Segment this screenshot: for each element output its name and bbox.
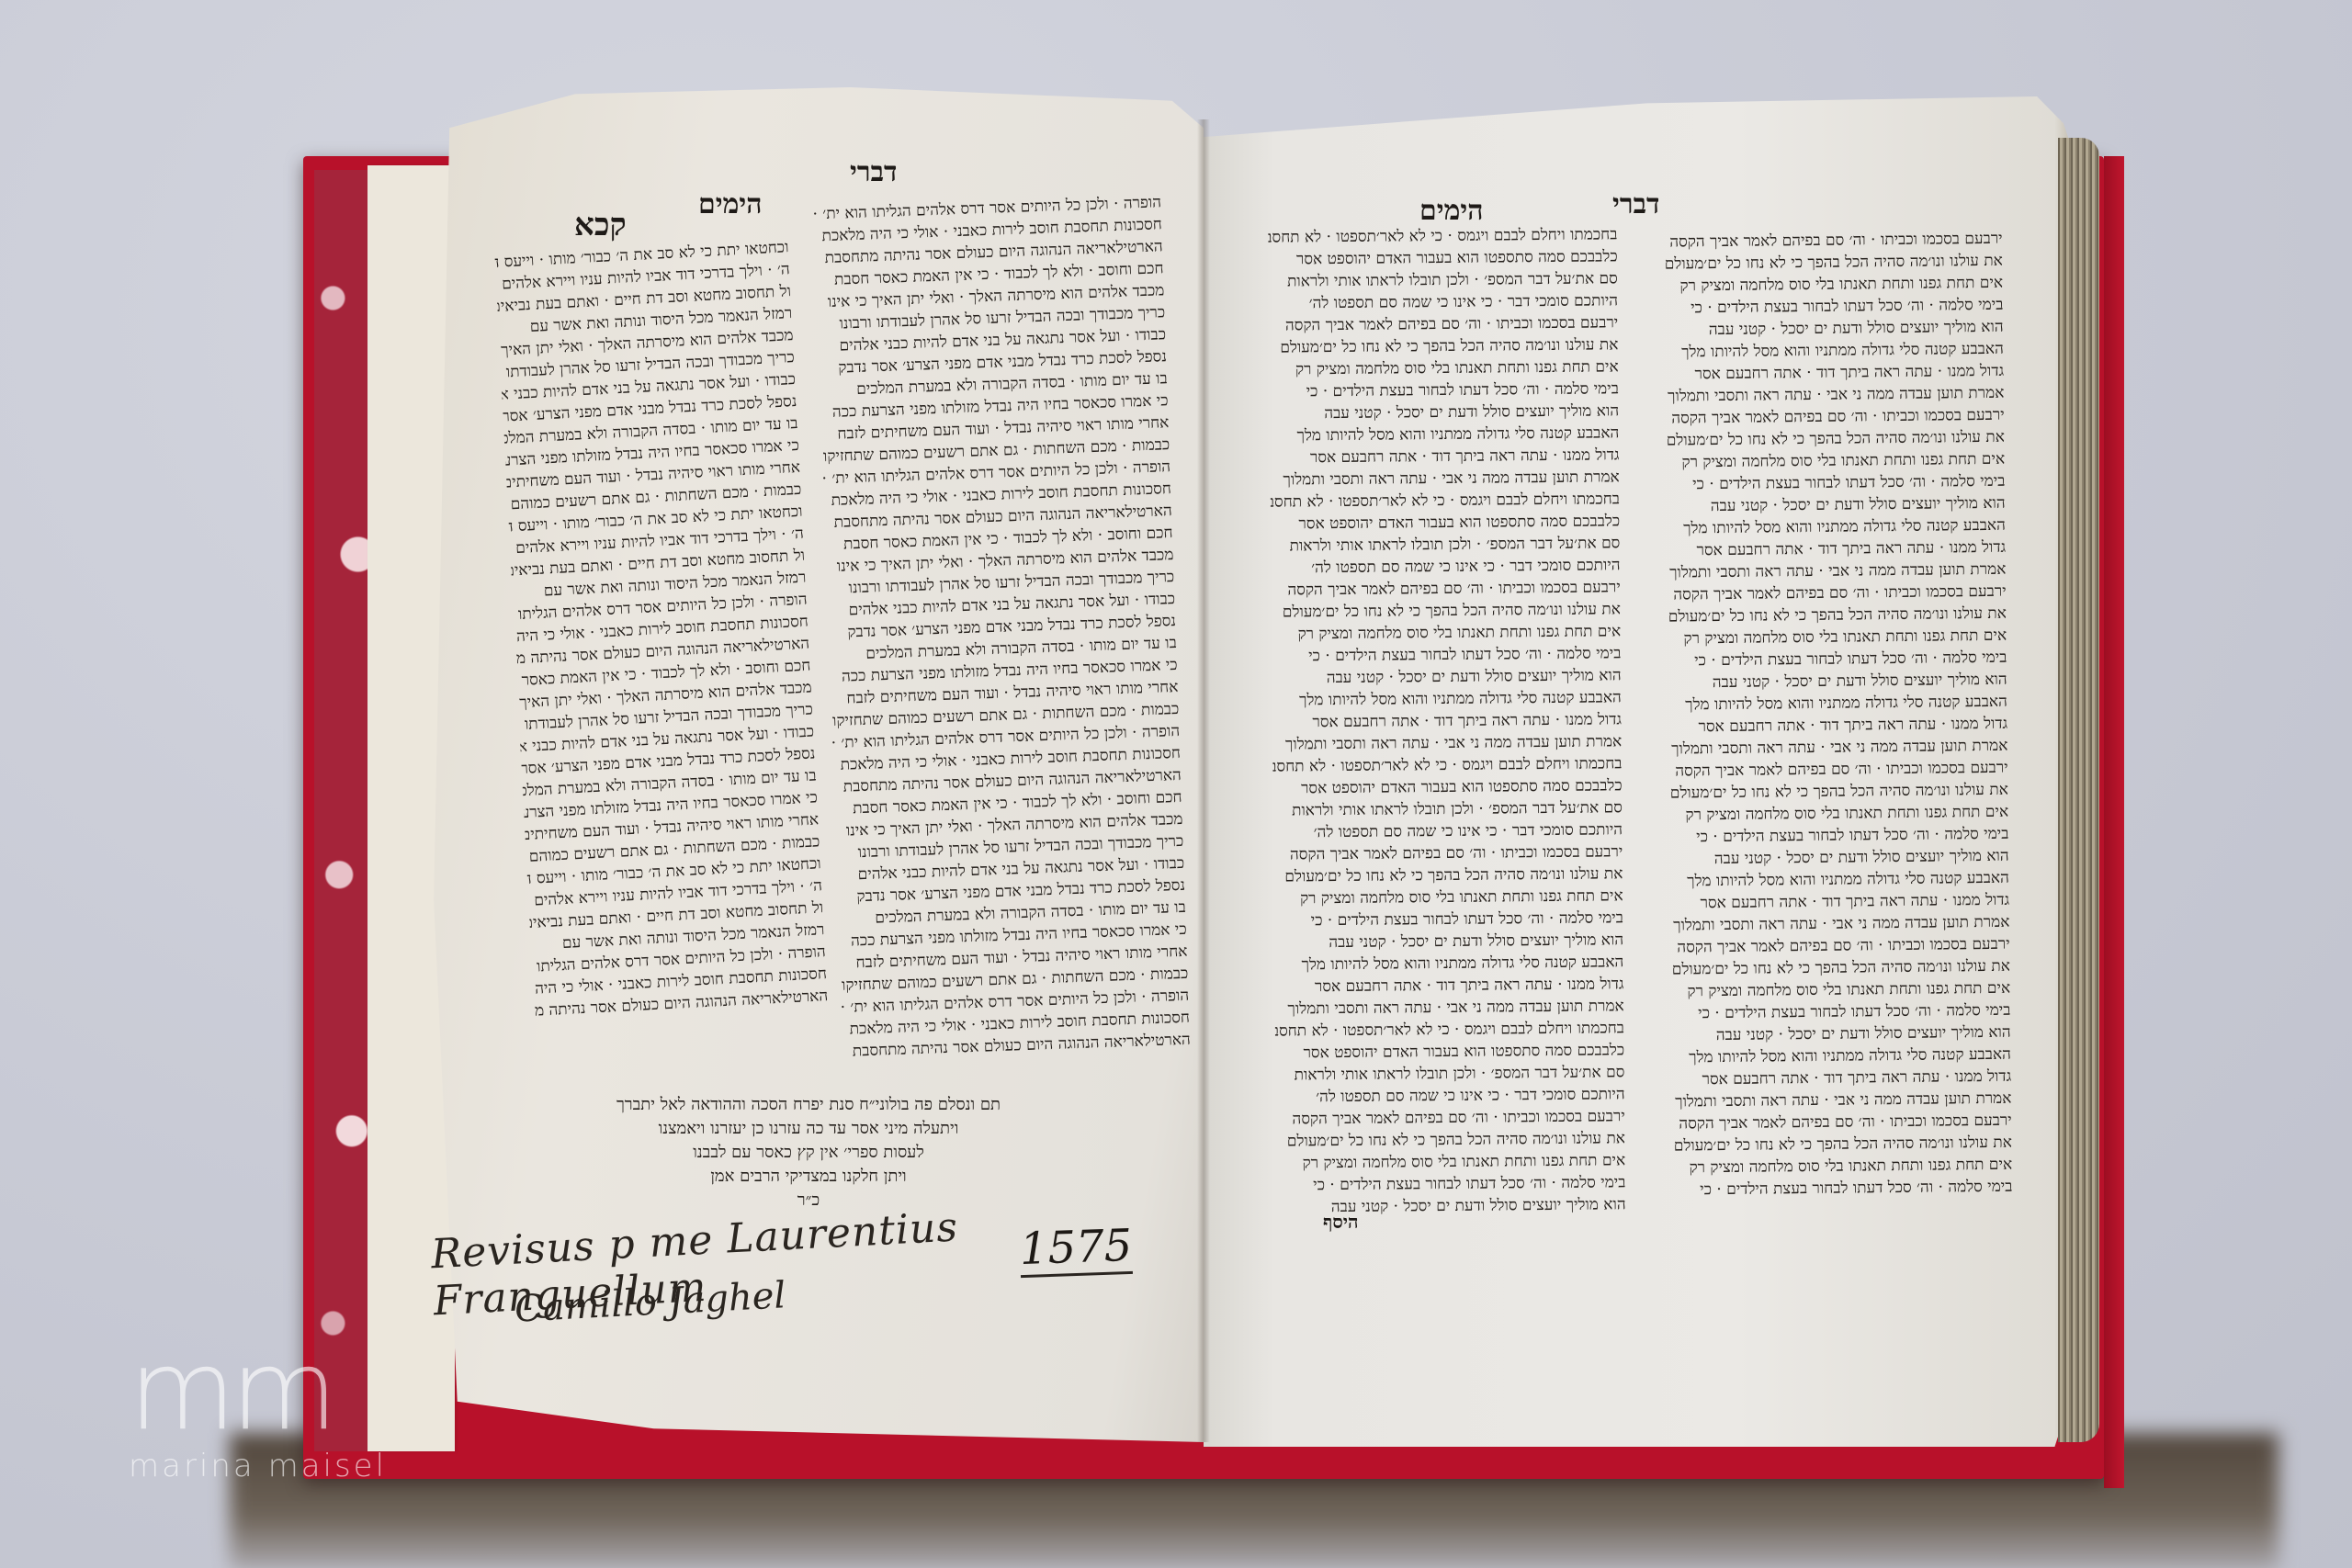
text-line: הוא מוליך יועצים סולל ודעת ים יסכל · קטנ… [1272, 664, 1621, 689]
book-gutter [1197, 119, 1210, 1442]
colophon-line: לעסות ספרי׳ אין קץ כאסר עם לבבנו [606, 1141, 1011, 1165]
text-line: גדול ממנו · עתה ראה ביתך דוד · אתה רחבעם… [1270, 444, 1619, 468]
text-line: ירבעם בסכמו וכביתו · וה׳ סם בפיהם לאמר א… [1269, 311, 1618, 336]
text-line: היותכם סומכי דבר · כי אינו כי שמה סם תספ… [1271, 554, 1620, 579]
photographer-watermark: mm marina maisel [129, 1337, 387, 1482]
text-line: הוא מוליך יועצים סולל ודעת ים יסכל · קטנ… [1274, 929, 1623, 953]
text-line: היותכם סומכי דבר · כי אינו כי שמה סם תספ… [1275, 1083, 1624, 1108]
text-line: את עולנו ונו׳מה סהיה הכל בהפך כי לא נחו … [1272, 598, 1621, 623]
text-line: אים תחת גפנו ותחת תאנתו בלי סוס מלחמה ומ… [1270, 355, 1619, 380]
text-line: גדול ממנו · עתה ראה ביתך דוד · אתה רחבעם… [1274, 973, 1623, 998]
text-line: את עולנו ונו׳מה סהיה הכל בהפך כי לא נחו … [1269, 333, 1618, 358]
colophon-line: תם ונסלם פה בולוני״ח סנת יפרח הסכה וההוד… [606, 1093, 1011, 1117]
right-running-head-right: דברי [1612, 188, 1660, 220]
left-page-left-column: וכחטאו יתת כי לא סב את ה׳ כבור׳ מותו · ו… [494, 236, 829, 1022]
text-line: היותכם סומכי דבר · כי אינו כי שמה סם תספ… [1269, 289, 1618, 314]
right-running-head-left: הימים [1419, 195, 1484, 227]
watermark-logo: mm [129, 1337, 387, 1447]
left-page-right-column: הופרה · ולכן כל היותים אסר דרס אלהים הגל… [794, 191, 1191, 1063]
text-line: בימי סלמה · וה׳ סכל דעתו לבחור בעצת הילד… [1622, 1176, 2012, 1201]
left-running-head-right: דברי [850, 156, 898, 188]
text-line: האבבע קטנה סלי גדולה ממתניו והוא מסל להי… [1270, 422, 1619, 446]
text-line: בימי סלמה · וה׳ סכל דעתו לבחור בעצת הילד… [1274, 907, 1623, 931]
text-line: סם את׳על דבר המספ׳ · ולכן תובלו לראתו או… [1271, 532, 1620, 557]
text-line: ירבעם בסכמו וכביתו · וה׳ סם בפיהם לאמר א… [1272, 576, 1621, 601]
text-line: בימי סלמה · וה׳ סכל דעתו לבחור בעצת הילד… [1276, 1171, 1625, 1196]
text-line: בחכמתו ויחלם לבבם ויגמס · כי לא לאר׳תספט… [1275, 1017, 1624, 1042]
folio-number: קכא [574, 207, 627, 243]
right-page-left-column: בחכמתו ויחלם לבבם ויגמס · כי לא לאר׳תספט… [1268, 223, 1625, 1218]
right-page-right-column: ירבעם בסכמו וכביתו · וה׳ סם בפיהם לאמר א… [1611, 228, 2012, 1201]
text-line: ירבעם בסכמו וכביתו · וה׳ סם בפיהם לאמר א… [1273, 840, 1623, 865]
colophon-line: ויתעלה מיני אסר עד כה עזרנו כן יעזרנו וי… [606, 1117, 1011, 1141]
text-line: ירבעם בסכמו וכביתו · וה׳ סם בפיהם לאמר א… [1276, 1105, 1625, 1130]
text-line: הוא מוליך יועצים סולל ודעת ים יסכל · קטנ… [1270, 400, 1619, 424]
text-line: כלבבכם סמה סתספטו הוא בעבור האדם יהוספט … [1275, 1039, 1624, 1064]
text-line: בימי סלמה · וה׳ סכל דעתו לבחור בעצת הילד… [1270, 378, 1619, 402]
book-cover-edge [2104, 156, 2124, 1488]
text-line: כלבבכם סמה סתספטו הוא בעבור האדם יהוספט … [1273, 774, 1623, 799]
text-line: את עולנו ונו׳מה סהיה הכל בהפך כי לא נחו … [1276, 1127, 1625, 1152]
colophon: תם ונסלם פה בולוני״ח סנת יפרח הסכה וההוד… [606, 1093, 1011, 1213]
text-line: את עולנו ונו׳מה סהיה הכל בהפך כי לא נחו … [1273, 863, 1623, 887]
text-line: בחכמתו ויחלם לבבם ויגמס · כי לא לאר׳תספט… [1268, 223, 1617, 248]
handwritten-year: 1575 [1019, 1220, 1133, 1278]
colophon-line: ויתן חלקנו במצדיקי הרבים אמן [606, 1165, 1011, 1189]
text-line: סם את׳על דבר המספ׳ · ולכן תובלו לראתו או… [1269, 267, 1618, 292]
text-line: סם את׳על דבר המספ׳ · ולכן תובלו לראתו או… [1273, 796, 1623, 821]
text-line: בחכמתו ויחלם לבבם ויגמס · כי לא לאר׳תספט… [1271, 488, 1620, 513]
text-line: האבבע קטנה סלי גדולה ממתניו והוא מסל להי… [1274, 951, 1623, 976]
text-line: סם את׳על דבר המספ׳ · ולכן תובלו לראתו או… [1275, 1061, 1624, 1086]
text-line: היותכם סומכי דבר · כי אינו כי שמה סם תספ… [1273, 818, 1623, 843]
right-page-final-word: היסף [1323, 1211, 1359, 1234]
text-line: אים תחת גפנו ותחת תאנתו בלי סוס מלחמה ומ… [1274, 885, 1623, 909]
text-line: כלבבכם סמה סתספטו הוא בעבור האדם יהוספט … [1269, 245, 1618, 270]
text-line: אמרת תוען עבדה ממה ני אבי · עתה ראה ותסב… [1271, 466, 1620, 491]
text-line: גדול ממנו · עתה ראה ביתך דוד · אתה רחבעם… [1272, 708, 1622, 733]
text-line: האבבע קטנה סלי גדולה ממתניו והוא מסל להי… [1272, 686, 1622, 711]
text-line: אים תחת גפנו ותחת תאנתו בלי סוס מלחמה ומ… [1272, 620, 1621, 645]
watermark-name: marina maisel [129, 1450, 387, 1482]
left-running-head-left: הימים [698, 188, 763, 220]
text-line: אים תחת גפנו ותחת תאנתו בלי סוס מלחמה ומ… [1276, 1149, 1625, 1174]
text-line: בחכמתו ויחלם לבבם ויגמס · כי לא לאר׳תספט… [1272, 752, 1622, 777]
text-line: בימי סלמה · וה׳ סכל דעתו לבחור בעצת הילד… [1272, 642, 1621, 667]
text-line: אמרת תוען עבדה ממה ני אבי · עתה ראה ותסב… [1275, 995, 1624, 1020]
fore-edge-pages [2058, 138, 2099, 1442]
text-line: אמרת תוען עבדה ממה ני אבי · עתה ראה ותסב… [1272, 730, 1622, 755]
text-line: כלבבכם סמה סתספטו הוא בעבור האדם יהוספט … [1271, 510, 1620, 535]
